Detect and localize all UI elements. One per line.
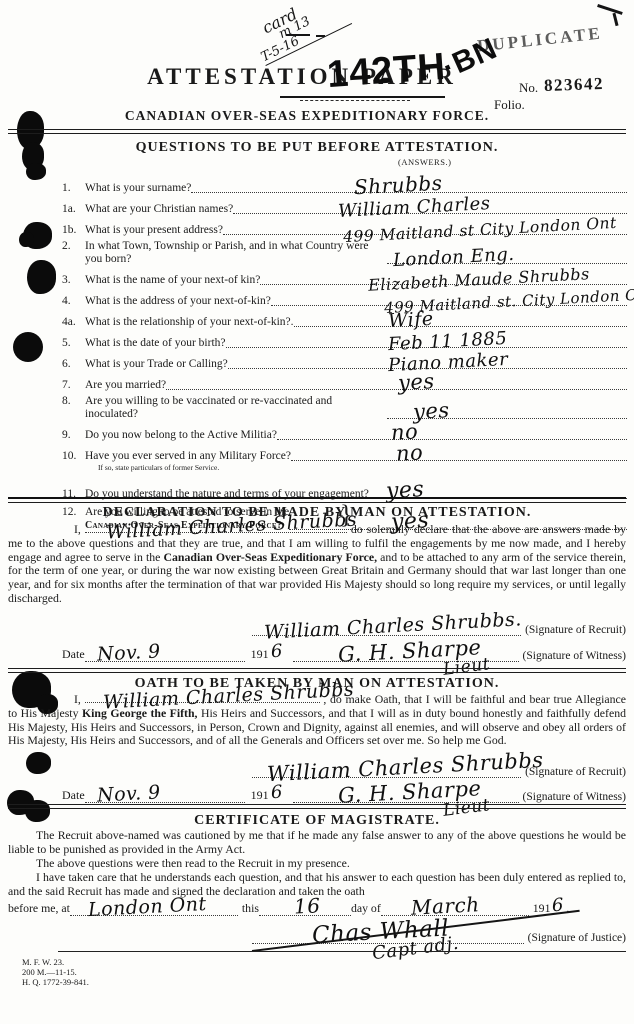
questions-list: 1.What is your surname? Shrubbs 1a.What … xyxy=(62,174,627,532)
date-blank: Nov. 9 xyxy=(85,791,245,803)
witness-label: (Signature of Witness) xyxy=(523,650,626,662)
year-printed: 191 xyxy=(251,647,269,662)
question-number: 8. xyxy=(62,395,85,408)
before-me-label: before me, at xyxy=(8,901,70,916)
question-row: 8.Are you willing to be vaccinated or re… xyxy=(62,392,627,421)
question-number: 1a. xyxy=(62,203,85,216)
dotted-leader xyxy=(291,460,627,461)
ink-blob xyxy=(26,752,51,774)
name-blank: William Charles Shrubbs xyxy=(85,521,347,533)
handwritten-year-digit: 6 xyxy=(270,782,283,804)
period: . xyxy=(566,901,569,916)
question-row: 10.Have you ever served in any Military … xyxy=(62,442,627,463)
question-text: What is the name of your next-of kin? xyxy=(85,274,260,286)
question-number: 1b. xyxy=(62,224,85,237)
justice-label: (Signature of Justice) xyxy=(528,932,626,944)
footer-rule xyxy=(58,951,626,952)
question-number: 4a. xyxy=(62,316,85,329)
question-row: 6.What is your Trade or Calling? Piano m… xyxy=(62,350,627,371)
question-number: 9. xyxy=(62,429,85,442)
signature-row: William Charles Shrubbs (Signature of Re… xyxy=(62,752,626,778)
page-title: ATTESTATION PAPER xyxy=(0,64,604,90)
certificate-heading: CERTIFICATE OF MAGISTRATE. xyxy=(0,813,634,829)
question-number: 4. xyxy=(62,295,85,308)
question-text: What are your Christian names? xyxy=(85,203,233,215)
handwritten-year-digit: 6 xyxy=(270,641,283,663)
dotted-leader xyxy=(277,439,627,440)
signature-row: William Charles Shrubbs. (Signature of R… xyxy=(62,606,626,636)
date-row: Date Nov. 9 191 6 G. H. Sharpe Lieut (Si… xyxy=(62,640,626,662)
ink-mark xyxy=(597,4,623,14)
question-number: 10. xyxy=(62,450,85,463)
date-blank: Nov. 9 xyxy=(85,650,245,662)
dotted-leader xyxy=(166,389,627,390)
declaration-intro: I, xyxy=(74,522,81,536)
answers-label: (ANSWERS.) xyxy=(398,157,451,167)
section-rule xyxy=(8,129,626,134)
date-row: Date Nov. 9 191 6 G. H. Sharpe Lieut (Si… xyxy=(62,781,626,803)
witness-label: (Signature of Witness) xyxy=(523,791,626,803)
day-of-label: day of xyxy=(351,901,381,916)
signature-line: G. H. Sharpe Lieut xyxy=(293,802,519,803)
question-row: 1.What is your surname? Shrubbs xyxy=(62,174,627,195)
question-text: What is the relationship of your next-of… xyxy=(85,316,294,328)
dotted-leader xyxy=(294,326,627,327)
question-text: What is your surname? xyxy=(85,182,191,194)
question-number: 3. xyxy=(62,274,85,287)
ink-blob xyxy=(26,163,46,180)
question-text: In what Town, Township or Parish, and in… xyxy=(85,240,369,265)
ink-blob xyxy=(13,332,43,362)
questions-heading: QUESTIONS TO BE PUT BEFORE ATTESTATION. xyxy=(0,140,634,156)
ink-blob xyxy=(27,260,56,294)
handwritten-date: Nov. 9 xyxy=(97,781,162,806)
question-text: What is the date of your birth? xyxy=(85,337,226,349)
question-text: What is your Trade or Calling? xyxy=(85,358,228,370)
attestation-paper-scan: card m 13 T-5-16 DUPLICATE ATTESTATION P… xyxy=(0,0,634,1024)
question-number: 6. xyxy=(62,358,85,371)
oath-paragraph: I, William Charles Shrubbs , do make Oat… xyxy=(8,691,626,748)
section-rule xyxy=(8,804,626,809)
footer-form-number: M. F. W. 23. 200 M.—11-15. H. Q. 1772-39… xyxy=(22,957,89,987)
oath-intro: I, xyxy=(74,692,81,706)
before-me-row: before me, at London Ont this 16 day of … xyxy=(8,896,626,916)
title-underline xyxy=(300,100,410,101)
question-row: 3.What is the name of your next-of kin? … xyxy=(62,266,627,287)
question-text: Have you ever served in any Military For… xyxy=(85,450,291,462)
year-printed: 191 xyxy=(251,788,269,803)
title-underline xyxy=(280,96,445,98)
service-number-stamp: 823642 xyxy=(544,74,605,96)
question-row: 7.Are you married? yes xyxy=(62,371,627,392)
question-row: 2.In what Town, Township or Parish, and … xyxy=(62,237,627,266)
question-number: 2. xyxy=(62,240,85,253)
question-number: 7. xyxy=(62,379,85,392)
day-blank: 16 xyxy=(259,904,351,916)
handwritten-day: 16 xyxy=(293,893,321,918)
question-text: Do you now belong to the Active Militia? xyxy=(85,429,277,441)
section-rule xyxy=(8,497,626,503)
name-blank: William Charles Shrubbs xyxy=(85,691,320,703)
battalion-stamp-number: 142TH xyxy=(326,46,448,96)
question-row: 1b.What is your present address? 499 Mai… xyxy=(62,216,627,237)
declaration-paragraph: I, William Charles Shrubbs do solemnly d… xyxy=(8,521,626,606)
question-text: Are you married? xyxy=(85,379,166,391)
question-row: 5.What is the date of your birth? Feb 11… xyxy=(62,329,627,350)
question-row: 1a.What are your Christian names? Willia… xyxy=(62,195,627,216)
recruit-signature: William Charles Shrubbs. xyxy=(264,608,523,643)
question-note: If so, state particulars of former Servi… xyxy=(98,463,627,472)
certificate-paragraph: The Recruit above-named was cautioned by… xyxy=(8,829,626,857)
month-blank: March xyxy=(381,904,529,916)
ink-mark xyxy=(612,13,618,26)
force-subtitle: CANADIAN OVER-SEAS EXPEDITIONARY FORCE. xyxy=(0,108,614,124)
signature-line: G. H. Sharpe Lieut xyxy=(293,661,519,662)
date-label: Date xyxy=(62,647,85,662)
handwritten-place: London Ont xyxy=(87,893,207,921)
number-label: No. xyxy=(519,80,538,96)
question-row: 4.What is the address of your next-of-ki… xyxy=(62,287,627,308)
question-number: 5. xyxy=(62,337,85,350)
place-blank: London Ont xyxy=(70,904,238,916)
ink-blob xyxy=(19,232,34,247)
question-text: What is your present address? xyxy=(85,224,223,236)
certificate-paragraph: The above questions were then read to th… xyxy=(8,857,626,871)
date-label: Date xyxy=(62,788,85,803)
declaration-body-bold: Canadian Over-Seas Expeditionary Force, xyxy=(164,550,378,564)
section-rule xyxy=(8,668,626,673)
question-row: 9.Do you now belong to the Active Militi… xyxy=(62,421,627,442)
answer-handwritten: no xyxy=(395,440,423,465)
this-label: this xyxy=(242,901,259,916)
question-row: 4a.What is the relationship of your next… xyxy=(62,308,627,329)
signature-label: (Signature of Recruit) xyxy=(525,624,626,636)
question-text: Are you willing to be vaccinated or re-v… xyxy=(85,395,332,420)
question-text: What is the address of your next-of-kin? xyxy=(85,295,271,307)
handwritten-date: Nov. 9 xyxy=(97,640,162,665)
question-number: 1. xyxy=(62,182,85,195)
